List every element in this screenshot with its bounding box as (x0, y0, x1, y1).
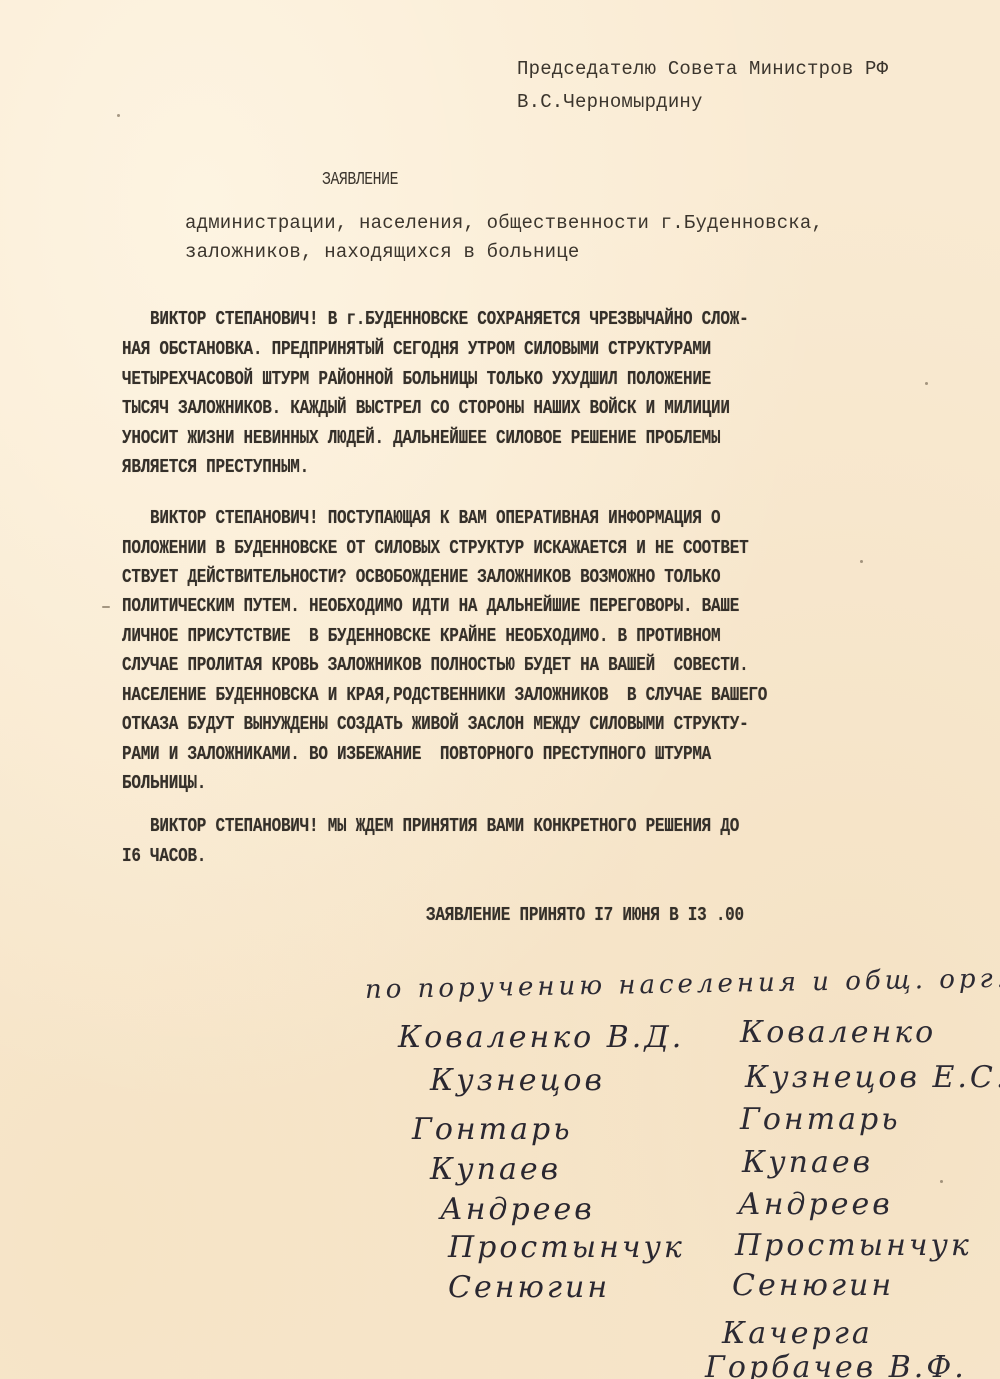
signature: Андреев (738, 1187, 893, 1222)
signature: Простынчук (735, 1228, 972, 1263)
paper-mark (102, 606, 110, 608)
body-line: РАМИ И ЗАЛОЖНИКАМИ. ВО ИЗБЕЖАНИЕ ПОВТОРН… (122, 743, 711, 765)
signature: Простынчук (448, 1230, 685, 1265)
body-line: ВИКТОР СТЕПАНОВИЧ! ПОСТУПАЮЩАЯ К ВАМ ОПЕ… (122, 507, 720, 529)
signature: Кузнецов Е.С. (745, 1060, 1000, 1095)
body-line: ОТКАЗА БУДУТ ВЫНУЖДЕНЫ СОЗДАТЬ ЖИВОЙ ЗАС… (122, 713, 748, 735)
signature: Гонтарь (412, 1112, 573, 1147)
paper-speck (940, 1180, 943, 1183)
signature: Сенюгин (448, 1270, 610, 1305)
paper-speck (860, 560, 863, 563)
subtitle-line-2: заложников, находящихся в больнице (185, 241, 579, 263)
signature: Андреев (440, 1192, 595, 1227)
signature: Купаев (742, 1145, 873, 1180)
body-line: СТВУЕТ ДЕЙСТВИТЕЛЬНОСТИ? ОСВОБОЖДЕНИЕ ЗА… (122, 566, 720, 588)
signature: Горбачев В.Ф. (705, 1350, 967, 1379)
signature: Гонтарь (740, 1102, 901, 1137)
body-line: НАСЕЛЕНИЕ БУДЕННОВСКА И КРАЯ,РОДСТВЕННИК… (122, 684, 767, 706)
paper-speck (925, 382, 928, 385)
body-line: СЛУЧАЕ ПРОЛИТАЯ КРОВЬ ЗАЛОЖНИКОВ ПОЛНОСТ… (122, 654, 748, 676)
body-line: УНОСИТ ЖИЗНИ НЕВИННЫХ ЛЮДЕЙ. ДАЛЬНЕЙШЕЕ … (122, 427, 720, 449)
addressee-line-2: В.С.Черномырдину (517, 91, 703, 113)
subtitle-line-1: администрации, населения, общественности… (185, 212, 823, 234)
document-title: ЗАЯВЛЕНИЕ (322, 170, 398, 190)
body-line: ЛИЧНОЕ ПРИСУТСТВИЕ В БУДЕННОВСКЕ КРАЙНЕ … (122, 625, 720, 647)
body-line: ВИКТОР СТЕПАНОВИЧ! В г.БУДЕННОВСКЕ СОХРА… (122, 308, 748, 330)
body-line: ПОЛИТИЧЕСКИМ ПУТЕМ. НЕОБХОДИМО ИДТИ НА Д… (122, 595, 739, 617)
body-line: I6 ЧАСОВ. (122, 845, 206, 867)
body-line: НАЯ ОБСТАНОВКА. ПРЕДПРИНЯТЫЙ СЕГОДНЯ УТР… (122, 338, 711, 360)
addressee-line-1: Председателю Совета Министров РФ (517, 58, 888, 80)
body-line: ВИКТОР СТЕПАНОВИЧ! МЫ ЖДЕМ ПРИНЯТИЯ ВАМИ… (122, 815, 739, 837)
body-line: ЯВЛЯЕТСЯ ПРЕСТУПНЫМ. (122, 456, 309, 478)
signature: Коваленко В.Д. (398, 1020, 684, 1055)
acceptance-note: ЗАЯВЛЕНИЕ ПРИНЯТО I7 ИЮНЯ В I3 .00 (426, 904, 744, 926)
signature: Качерга (722, 1316, 873, 1351)
signature: Кузнецов (430, 1063, 605, 1098)
signature: Купаев (430, 1152, 561, 1187)
body-line: БОЛЬНИЦЫ. (122, 772, 206, 794)
body-line: ТЫСЯЧ ЗАЛОЖНИКОВ. КАЖДЫЙ ВЫСТРЕЛ СО СТОР… (122, 397, 730, 419)
body-line: ПОЛОЖЕНИИ В БУДЕННОВСКЕ ОТ СИЛОВЫХ СТРУК… (122, 537, 748, 559)
signature: Сенюгин (732, 1268, 894, 1303)
signature: Коваленко (740, 1015, 936, 1050)
paper-speck (117, 114, 120, 117)
body-line: ЧЕТЫРЕХЧАСОВОЙ ШТУРМ РАЙОННОЙ БОЛЬНИЦЫ Т… (122, 368, 711, 390)
handwritten-header: по поручению населения и общ. орг. (365, 964, 1000, 1005)
document-page: Председателю Совета Министров РФ В.С.Чер… (0, 0, 1000, 1379)
